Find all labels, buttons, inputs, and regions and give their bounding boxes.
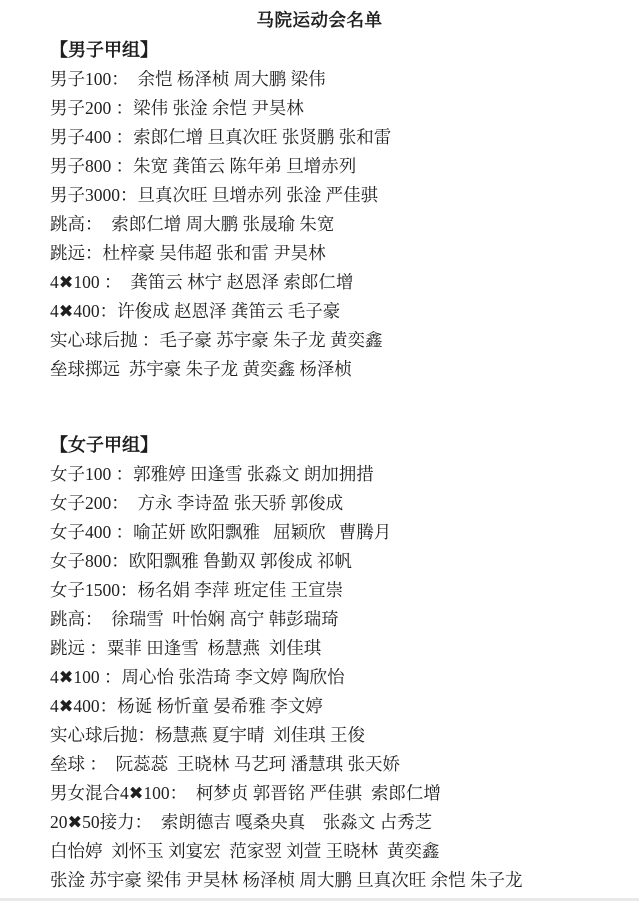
- roster-line-women-1500: 女子1500：杨名娟 李萍 班定佳 王宣崇: [50, 576, 623, 605]
- roster-line-women-high-jump: 跳高： 徐瑞雪 叶怡娴 高宁 韩彭瑞琦: [50, 605, 623, 634]
- roster-line-women-400: 女子400 ：喻芷妍 欧阳飘雅 屈颖欣 曹腾月: [50, 518, 623, 547]
- section-women-group-a: 【女子甲组】 女子100 ：郭雅婷 田逢雪 张淼文 朗加拥措 女子200： 方永…: [0, 430, 639, 895]
- roster-line-men-high-jump: 跳高： 索郎仁增 周大鹏 张晟瑜 朱宽: [50, 210, 623, 239]
- document-page: 马院运动会名单 【男子甲组】 男子100： 余恺 杨泽桢 周大鹏 梁伟 男子20…: [0, 0, 639, 901]
- roster-line-women-long-jump: 跳远 ：粟菲 田逢雪 杨慧燕 刘佳琪: [50, 634, 623, 663]
- roster-line-women-4x100: 4✖100 ：周心怡 张浩琦 李文婷 陶欣怡: [50, 663, 623, 692]
- roster-line-men-long-jump: 跳远：杜梓豪 吴伟超 张和雷 尹昊林: [50, 239, 623, 268]
- roster-line-women-200: 女子200： 方永 李诗盈 张天骄 郭俊成: [50, 489, 623, 518]
- roster-line-relay-names-continued-2: 张淦 苏宇豪 梁伟 尹昊林 杨泽桢 周大鹏 旦真次旺 余恺 朱子龙: [50, 866, 623, 895]
- roster-line-men-800: 男子800 ：朱宽 龚笛云 陈年弟 旦增赤列: [50, 152, 623, 181]
- roster-line-men-softball-throw: 垒球掷远 苏宇豪 朱子龙 黄奕鑫 杨泽桢: [50, 355, 623, 384]
- roster-line-men-3000: 男子3000：旦真次旺 旦增赤列 张淦 严佳骐: [50, 181, 623, 210]
- roster-line-women-medicine-ball: 实心球后抛：杨慧燕 夏宇晴 刘佳琪 王俊: [50, 721, 623, 750]
- roster-line-mixed-4x100: 男女混合4✖100： 柯梦贞 郭晋铭 严佳骐 索郎仁增: [50, 779, 623, 808]
- roster-line-women-800: 女子800：欧阳飘雅 鲁勤双 郭俊成 祁帆: [50, 547, 623, 576]
- roster-line-men-400: 男子400 ：索郎仁增 旦真次旺 张贤鹏 张和雷: [50, 123, 623, 152]
- roster-line-men-100: 男子100： 余恺 杨泽桢 周大鹏 梁伟: [50, 65, 623, 94]
- document-title: 马院运动会名单: [0, 0, 639, 33]
- roster-line-men-200: 男子200 ：梁伟 张淦 余恺 尹昊林: [50, 94, 623, 123]
- section-heading-women: 【女子甲组】: [50, 430, 623, 460]
- section-men-group-a: 【男子甲组】 男子100： 余恺 杨泽桢 周大鹏 梁伟 男子200 ：梁伟 张淦…: [0, 35, 639, 384]
- roster-line-men-medicine-ball: 实心球后抛 ：毛子豪 苏宇豪 朱子龙 黄奕鑫: [50, 326, 623, 355]
- roster-line-20x50-relay: 20✖50接力： 索朗德吉 嘎桑央真 张淼文 占秀芝: [50, 808, 623, 837]
- roster-line-relay-names-continued-1: 白怡婷 刘怀玉 刘宴宏 范家翌 刘萱 王晓林 黄奕鑫: [50, 837, 623, 866]
- roster-line-women-softball: 垒球 ： 阮蕊蕊 王晓林 马艺珂 潘慧琪 张天娇: [50, 750, 623, 779]
- section-heading-men: 【男子甲组】: [50, 35, 623, 65]
- roster-line-women-4x400: 4✖400：杨诞 杨忻童 晏希雅 李文婷: [50, 692, 623, 721]
- roster-line-women-100: 女子100 ：郭雅婷 田逢雪 张淼文 朗加拥措: [50, 460, 623, 489]
- roster-line-men-4x400: 4✖400：许俊成 赵恩泽 龚笛云 毛子豪: [50, 297, 623, 326]
- roster-line-men-4x100: 4✖100 ： 龚笛云 林宁 赵恩泽 索郎仁增: [50, 268, 623, 297]
